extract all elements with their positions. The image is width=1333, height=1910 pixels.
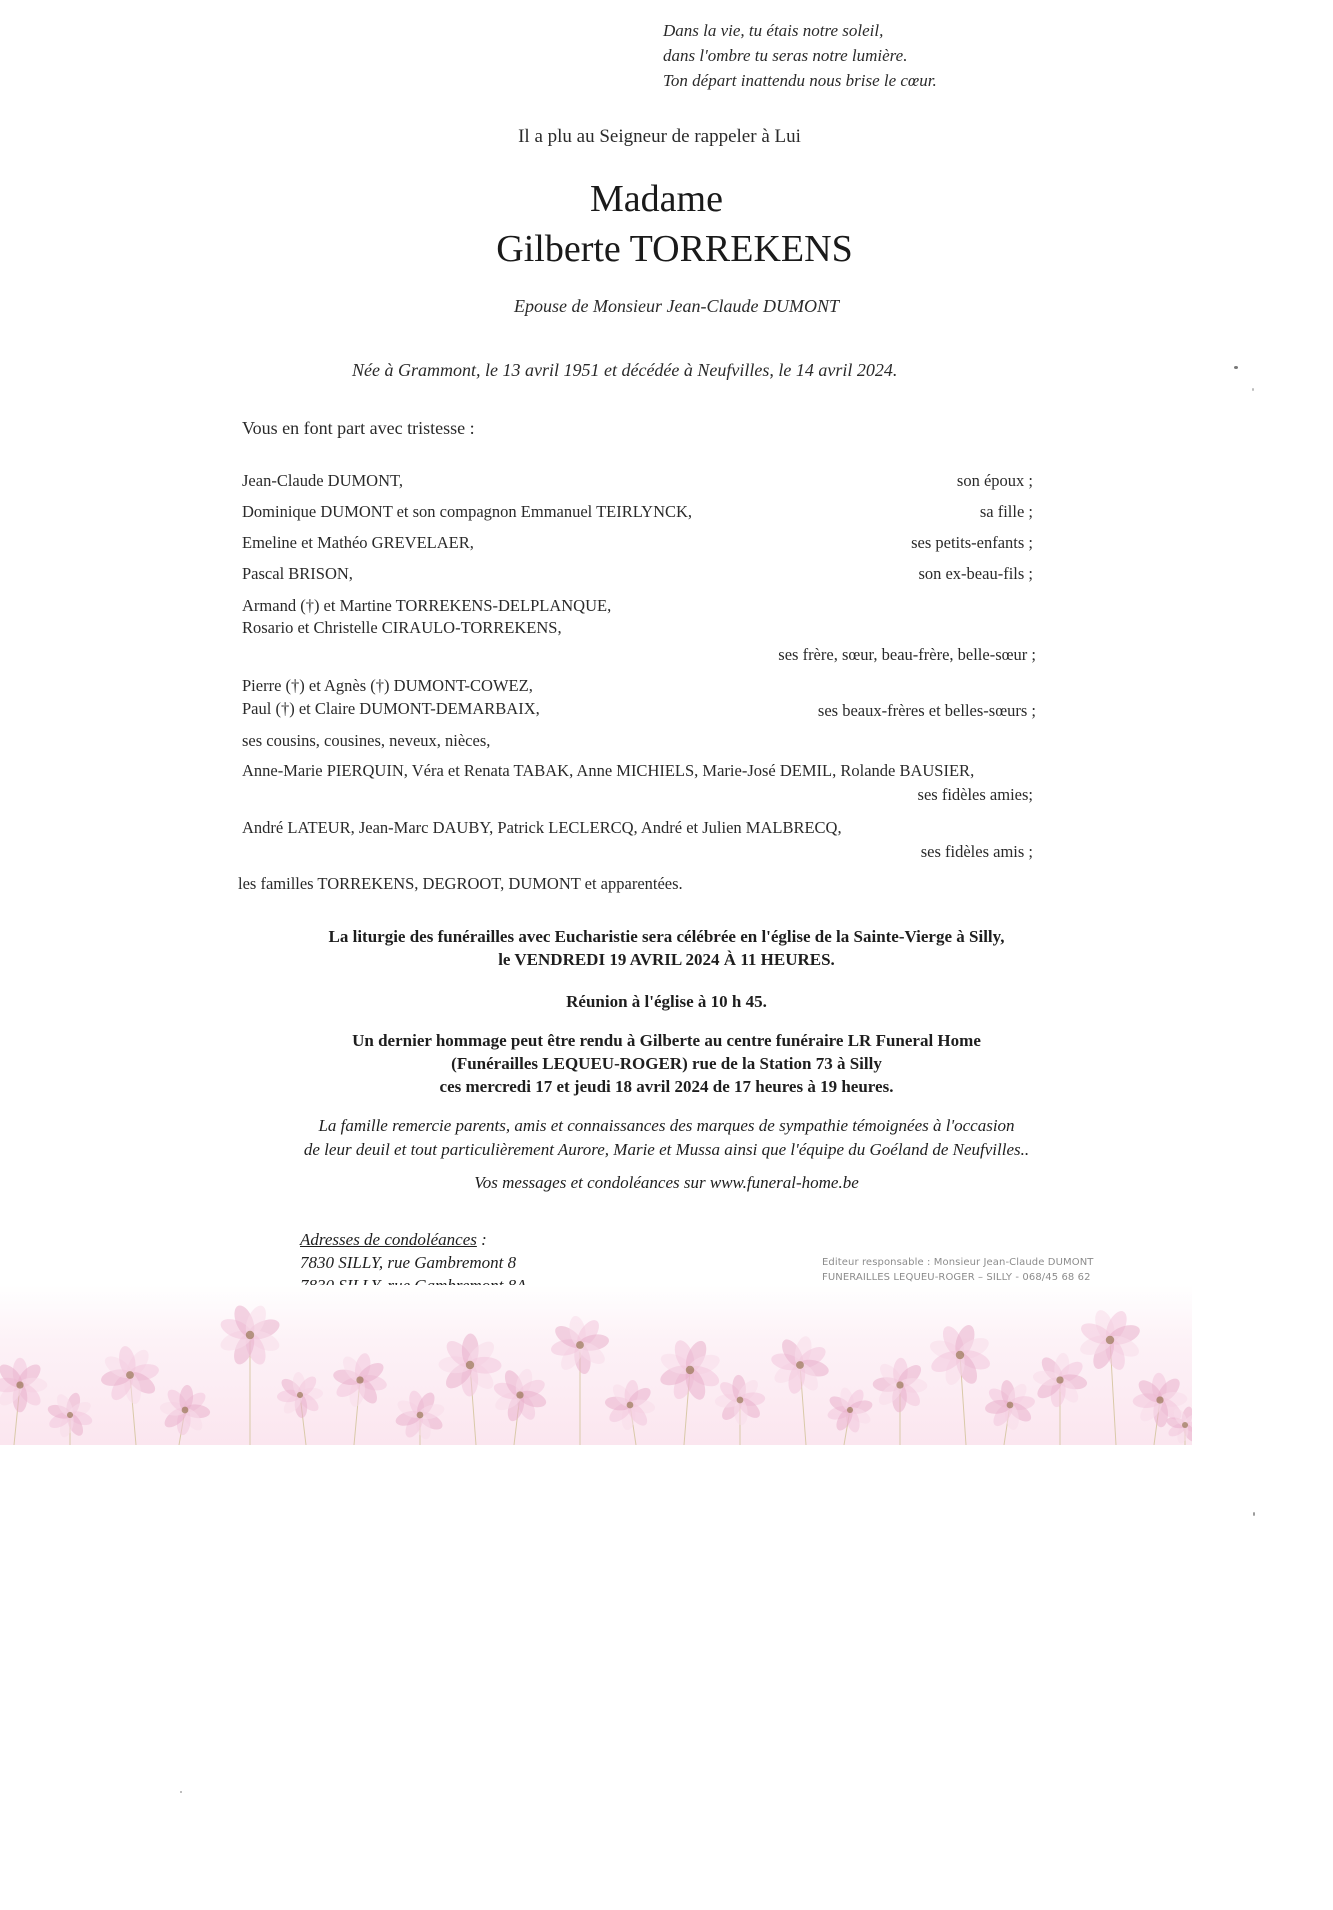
- liturgy-line: La liturgie des funérailles avec Euchari…: [0, 925, 1333, 948]
- deceased-name: Gilberte TORREKENS: [496, 228, 852, 270]
- family-entry: Dominique DUMONT et son compagnon Emmanu…: [242, 502, 692, 522]
- spouse-text: Epouse de Monsieur Jean-Claude DUMONT: [514, 296, 839, 316]
- honorific: Madame: [590, 178, 723, 220]
- liturgy-notice: La liturgie des funérailles avec Euchari…: [0, 925, 1333, 971]
- visitation-notice: Un dernier hommage peut être rendu à Gil…: [0, 1029, 1333, 1098]
- visitation-line: ces mercredi 17 et jeudi 18 avril 2024 d…: [0, 1075, 1333, 1098]
- relation-label: ses fidèles amis ;: [921, 842, 1033, 862]
- visitation-line: (Funérailles LEQUEU-ROGER) rue de la Sta…: [0, 1052, 1333, 1075]
- announcement-line: Vous en font part avec tristesse :: [242, 418, 475, 439]
- spouse-line: Epouse de Monsieur Jean-Claude DUMONT: [0, 296, 1333, 317]
- deceased-title: Madame Gilberte TORREKENS: [0, 174, 1333, 274]
- family-entry: André LATEUR, Jean-Marc DAUBY, Patrick L…: [242, 818, 842, 838]
- publisher-info: Editeur responsable : Monsieur Jean-Clau…: [822, 1255, 1094, 1285]
- publisher-line: Editeur responsable : Monsieur Jean-Clau…: [822, 1255, 1094, 1270]
- addresses-heading-suffix: :: [477, 1230, 487, 1249]
- relation-label: son ex-beau-fils ;: [918, 564, 1033, 584]
- flower-banner-image: [0, 1285, 1192, 1445]
- family-entry: Pascal BRISON,: [242, 564, 353, 584]
- relation-label: ses petits-enfants ;: [911, 533, 1033, 553]
- scan-speck: [1234, 366, 1238, 369]
- addresses-heading: Adresses de condoléances: [300, 1230, 477, 1249]
- relation-label: son époux ;: [957, 471, 1033, 491]
- family-entry: Pierre (†) et Agnès (†) DUMONT-COWEZ,: [242, 676, 533, 696]
- relation-label: ses fidèles amies;: [918, 785, 1033, 805]
- poem-line: Ton départ inattendu nous brise le cœur.: [663, 68, 937, 93]
- intro-text: Il a plu au Seigneur de rappeler à Lui: [518, 126, 801, 147]
- poem-line: dans l'ombre tu seras notre lumière.: [663, 43, 937, 68]
- relation-label: ses beaux-frères et belles-sœurs ;: [818, 701, 1036, 721]
- family-entry: Anne-Marie PIERQUIN, Véra et Renata TABA…: [242, 761, 974, 781]
- scan-speck: [180, 1791, 182, 1793]
- visitation-line: Un dernier hommage peut être rendu à Gil…: [0, 1029, 1333, 1052]
- thanks-line: de leur deuil et tout particulièrement A…: [0, 1138, 1333, 1162]
- liturgy-datetime: le VENDREDI 19 AVRIL 2024 À 11 HEURES.: [0, 948, 1333, 971]
- family-entry: Paul (†) et Claire DUMONT-DEMARBAIX,: [242, 699, 540, 719]
- family-entry: Jean-Claude DUMONT,: [242, 471, 403, 491]
- scan-speck: [1252, 388, 1254, 391]
- family-entry: ses cousins, cousines, neveux, nièces,: [242, 731, 490, 751]
- intro-line: Il a plu au Seigneur de rappeler à Lui: [0, 126, 1333, 148]
- messages-line: Vos messages et condoléances sur www.fun…: [0, 1171, 1333, 1195]
- publisher-line: FUNERAILLES LEQUEU-ROGER – SILLY - 068/4…: [822, 1270, 1094, 1285]
- relation-label: sa fille ;: [980, 502, 1033, 522]
- birth-death-line: Née à Grammont, le 13 avril 1951 et décé…: [352, 360, 897, 381]
- family-entry: Armand (†) et Martine TORREKENS-DELPLANQ…: [242, 596, 611, 616]
- address-line: 7830 SILLY, rue Gambremont 8: [300, 1251, 527, 1274]
- opening-poem: Dans la vie, tu étais notre soleil, dans…: [663, 18, 937, 93]
- poem-line: Dans la vie, tu étais notre soleil,: [663, 18, 937, 43]
- relation-label: ses frère, sœur, beau-frère, belle-sœur …: [778, 645, 1036, 665]
- thanks-line: La famille remercie parents, amis et con…: [0, 1114, 1333, 1138]
- family-entry: les familles TORREKENS, DEGROOT, DUMONT …: [238, 874, 683, 894]
- family-entry: Emeline et Mathéo GREVELAER,: [242, 533, 474, 553]
- scan-speck: [1253, 1512, 1255, 1516]
- family-entry: Rosario et Christelle CIRAULO-TORREKENS,: [242, 618, 562, 638]
- meeting-notice: Réunion à l'église à 10 h 45.: [0, 990, 1333, 1013]
- thanks-paragraph: La famille remercie parents, amis et con…: [0, 1114, 1333, 1162]
